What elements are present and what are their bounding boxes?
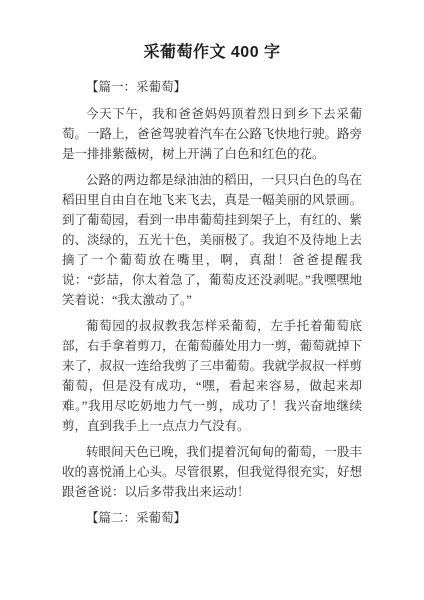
- section-heading-part-one: 【篇一：采葡萄】: [62, 77, 362, 97]
- document-page: 采葡萄作文 400 字 【篇一：采葡萄】 今天下午，我和爸爸妈妈顶着烈日到乡下去…: [0, 0, 424, 600]
- page-title: 采葡萄作文 400 字: [62, 42, 362, 64]
- essay-paragraph: 葡萄园的叔叔教我怎样采葡萄，左手托着葡萄底部，右手拿着剪刀，在葡萄藤处用力一剪，…: [62, 316, 362, 436]
- essay-content: 采葡萄作文 400 字 【篇一：采葡萄】 今天下午，我和爸爸妈妈顶着烈日到乡下去…: [0, 0, 424, 528]
- essay-paragraph: 转眼间天色已晚，我们提着沉甸甸的葡萄，一股丰收的喜悦涌上心头。尽管很累，但我觉得…: [62, 442, 362, 502]
- essay-paragraph: 公路的两边都是绿油油的稻田，一只只白色的鸟在稻田里自由自在地飞来飞去，真是一幅美…: [62, 170, 362, 310]
- section-heading-part-two: 【篇二：采葡萄】: [62, 508, 362, 528]
- essay-paragraph: 今天下午，我和爸爸妈妈顶着烈日到乡下去采葡萄。一路上，爸爸驾驶着汽车在公路飞快地…: [62, 104, 362, 164]
